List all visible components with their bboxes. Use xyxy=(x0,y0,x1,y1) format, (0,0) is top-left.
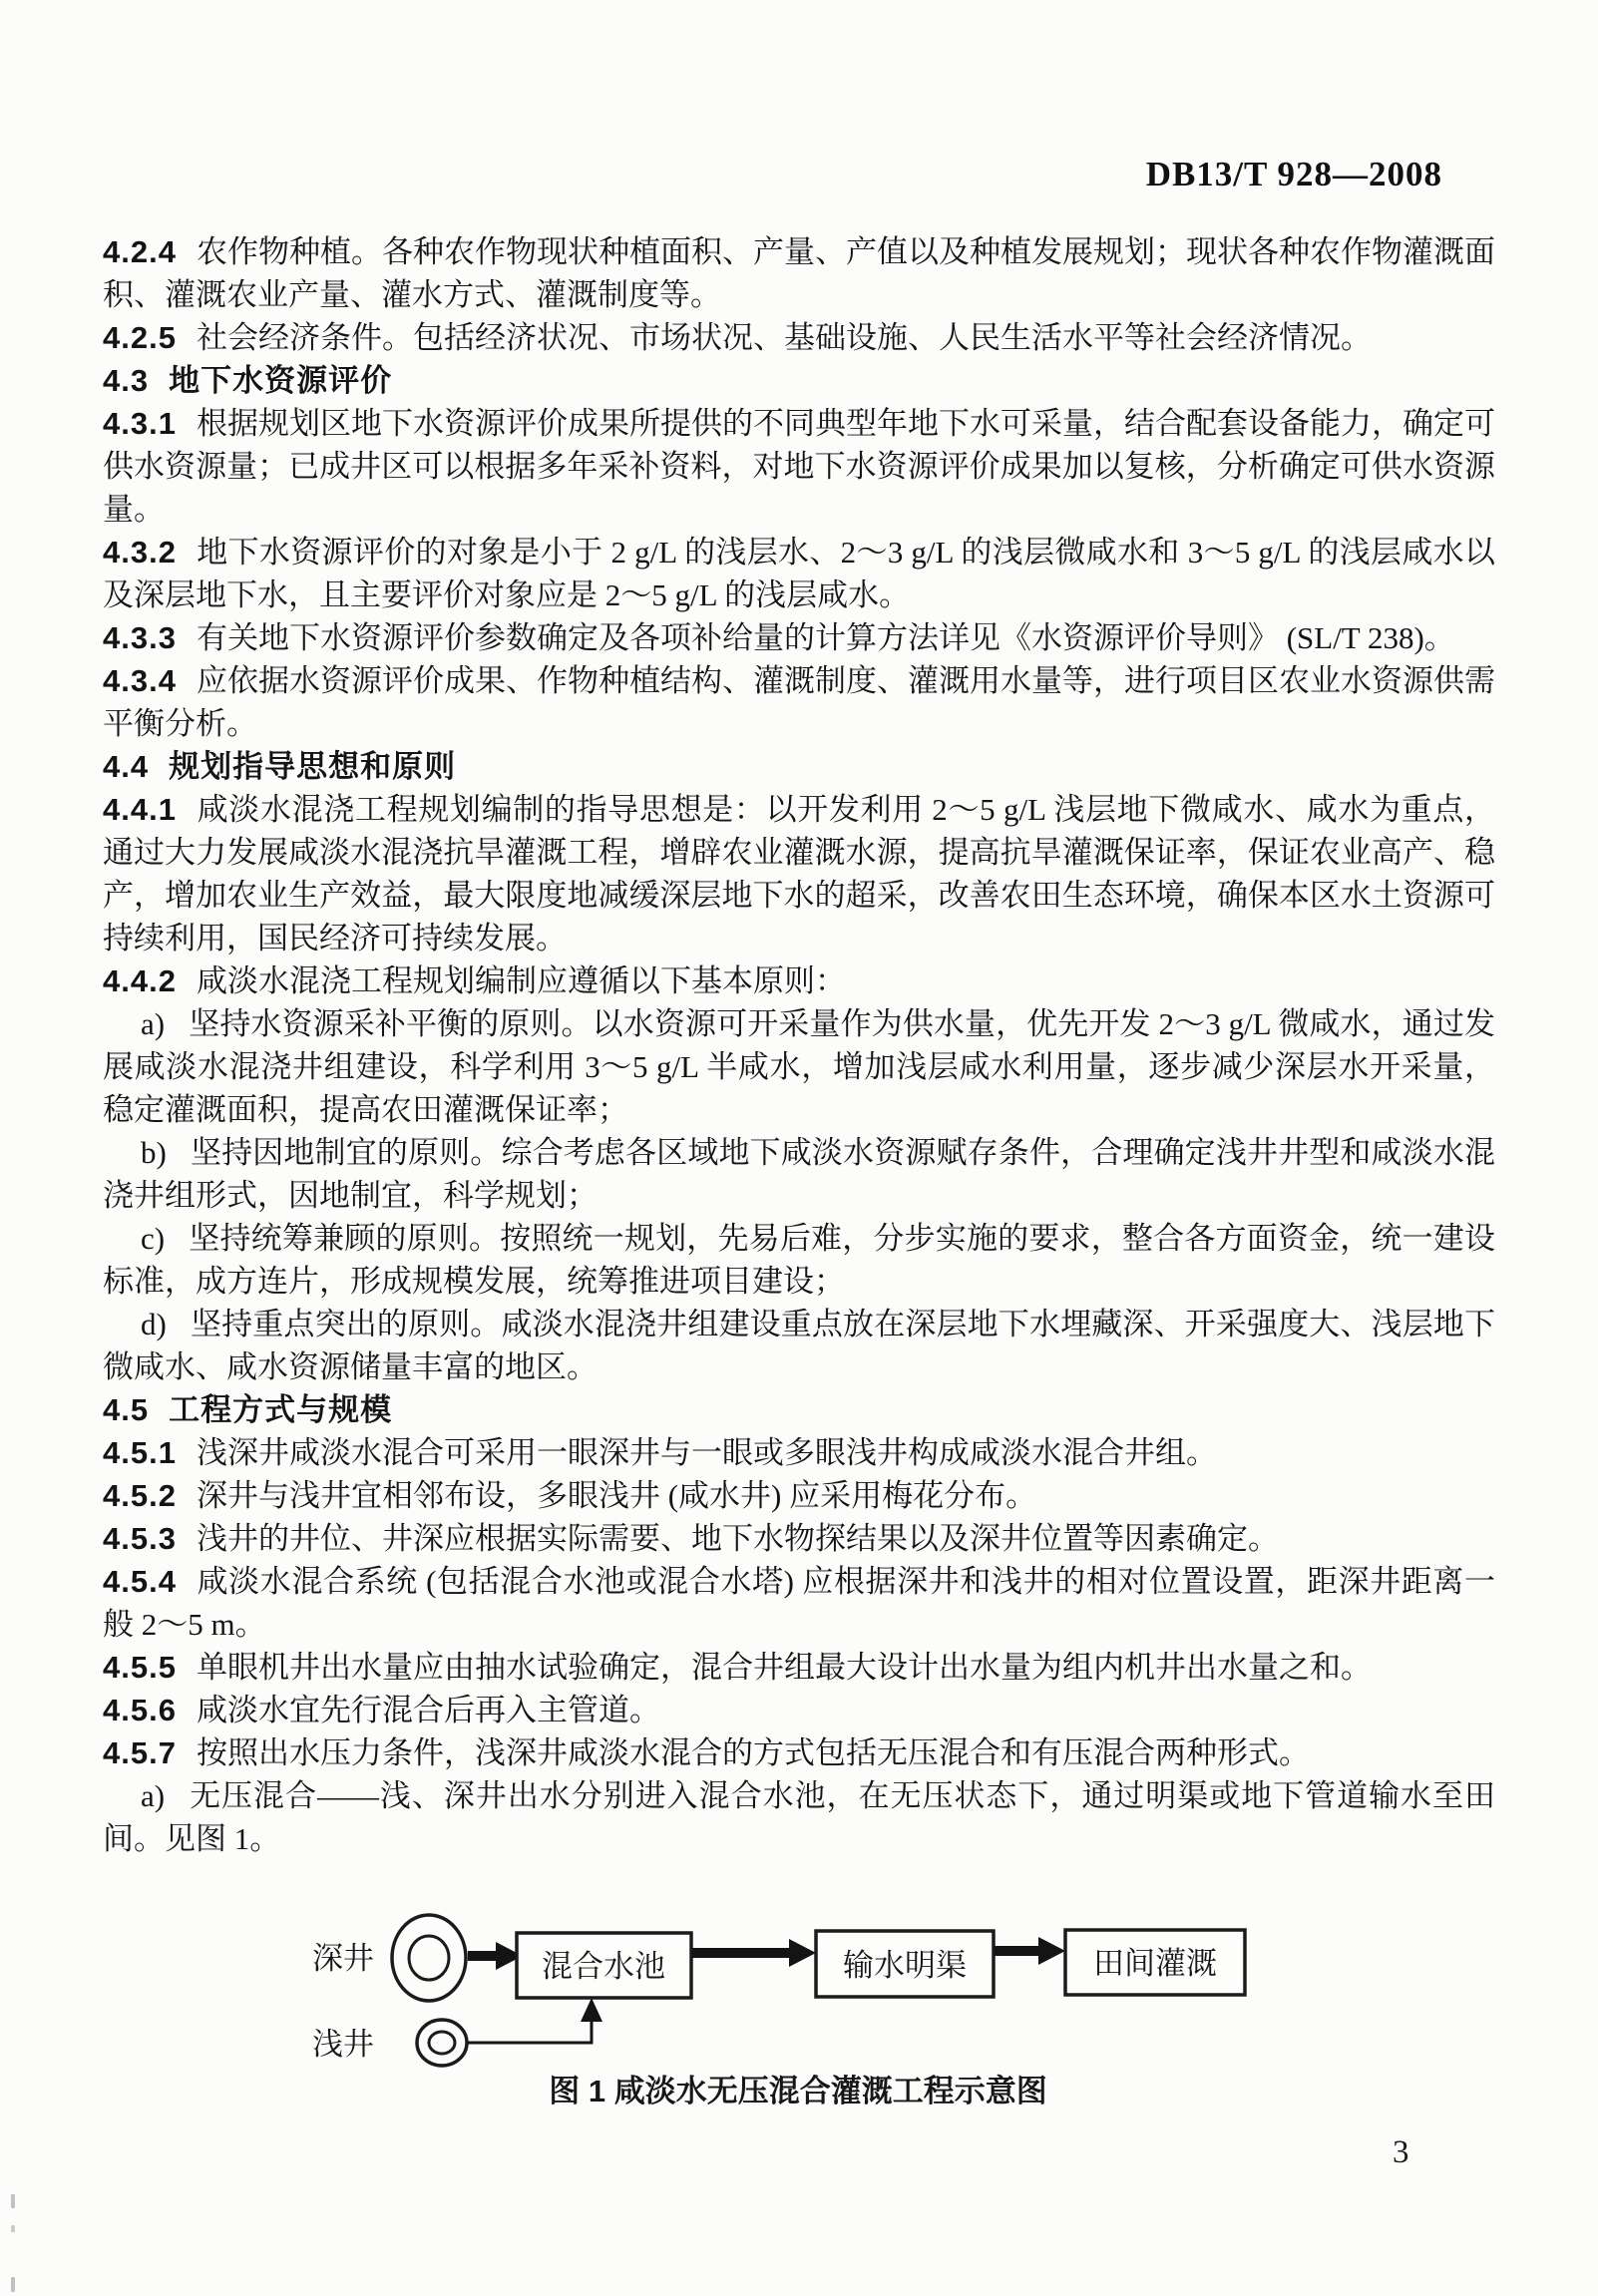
clause-number: 4.5.7 xyxy=(103,1735,177,1770)
clause-number: 4.4 xyxy=(103,749,149,784)
clause-number: 4.5.6 xyxy=(103,1693,177,1727)
figure-1-diagram: 深井 混合水池 输水明渠 田间灌溉 浅井 xyxy=(0,1895,1598,2154)
scan-artifact-mark xyxy=(11,2194,15,2208)
clause-paragraph: 4.2.5社会经济条件。包括经济状况、市场状况、基础设施、人民生活水平等社会经济… xyxy=(103,316,1495,359)
clause-number: 4.3.4 xyxy=(103,663,177,698)
list-item: a)坚持水资源采补平衡的原则。以水资源可开采量作为供水量，优先开发 2～3 g/… xyxy=(103,1002,1495,1131)
scanned-document-page: { "header": { "doc_code": "DB13/T 928—20… xyxy=(0,0,1598,2296)
clause-number: 4.2.4 xyxy=(103,234,177,269)
figure-caption: 图 1 咸淡水无压混合灌溉工程示意图 xyxy=(549,2074,1046,2108)
deep-well-label: 深井 xyxy=(312,1941,374,1976)
item-letter: a) xyxy=(141,1006,165,1041)
clause-number: 4.3 xyxy=(103,363,149,398)
clause-number: 4.5.1 xyxy=(103,1435,177,1470)
clause-paragraph: 4.5.3浅井的井位、井深应根据实际需要、地下水物探结果以及深井位置等因素确定。 xyxy=(103,1517,1495,1560)
document-body: 4.2.4农作物种植。各种农作物现状种植面积、产量、产值以及种植发展规划；现状各… xyxy=(103,230,1495,1860)
clause-paragraph: 4.5.6咸淡水宜先行混合后再入主管道。 xyxy=(103,1689,1495,1731)
list-item: b)坚持因地制宜的原则。综合考虑各区域地下咸淡水资源赋存条件，合理确定浅井井型和… xyxy=(103,1131,1495,1217)
shallow-well-connector xyxy=(468,1998,602,2043)
clause-number: 4.3.2 xyxy=(103,535,177,570)
channel-label: 输水明渠 xyxy=(843,1948,967,1983)
document-code-header: DB13/T 928—2008 xyxy=(1146,155,1442,194)
clause-number: 4.5.2 xyxy=(103,1478,177,1513)
section-heading: 4.4规划指导思想和原则 xyxy=(103,745,1495,788)
section-heading: 4.3地下水资源评价 xyxy=(103,359,1495,402)
scan-artifact-mark xyxy=(11,2277,15,2292)
section-heading: 4.5工程方式与规模 xyxy=(103,1388,1495,1431)
clause-number: 4.4.1 xyxy=(103,792,177,827)
mixing-pool-box: 混合水池 xyxy=(517,1933,691,1998)
field-irrigation-label: 田间灌溉 xyxy=(1093,1946,1217,1981)
shallow-well-label: 浅井 xyxy=(312,2027,374,2062)
clause-number: 4.5 xyxy=(103,1392,149,1427)
list-item: d)坚持重点突出的原则。咸淡水混浇井组建设重点放在深层地下水埋藏深、开采强度大、… xyxy=(103,1303,1495,1388)
page-number: 3 xyxy=(1393,2134,1409,2171)
clause-paragraph: 4.5.1浅深井咸淡水混合可采用一眼深井与一眼或多眼浅井构成咸淡水混合井组。 xyxy=(103,1431,1495,1474)
clause-number: 4.5.5 xyxy=(103,1650,177,1685)
item-letter: c) xyxy=(141,1221,165,1256)
scan-artifact-mark xyxy=(11,2225,15,2232)
flow-arrow-3 xyxy=(995,1937,1065,1965)
clause-number: 4.2.5 xyxy=(103,320,177,355)
flow-arrow-2 xyxy=(692,1939,816,1967)
flow-arrow-1 xyxy=(468,1942,523,1970)
clause-number: 4.5.3 xyxy=(103,1521,177,1556)
clause-number: 4.3.1 xyxy=(103,406,177,441)
clause-paragraph: 4.5.2深井与浅井宜相邻布设，多眼浅井 (咸水井) 应采用梅花分布。 xyxy=(103,1474,1495,1517)
channel-box: 输水明渠 xyxy=(816,1931,994,1997)
clause-paragraph: 4.3.1根据规划区地下水资源评价成果所提供的不同典型年地下水可采量，结合配套设… xyxy=(103,402,1495,531)
mixing-pool-label: 混合水池 xyxy=(542,1949,665,1984)
item-letter: d) xyxy=(141,1307,167,1341)
clause-paragraph: 4.2.4农作物种植。各种农作物现状种植面积、产量、产值以及种植发展规划；现状各… xyxy=(103,230,1495,316)
clause-paragraph: 4.5.5单眼机井出水量应由抽水试验确定，混合井组最大设计出水量为组内机井出水量… xyxy=(103,1646,1495,1689)
clause-paragraph: 4.5.4咸淡水混合系统 (包括混合水池或混合水塔) 应根据深井和浅井的相对位置… xyxy=(103,1560,1495,1646)
clause-paragraph: 4.3.3有关地下水资源评价参数确定及各项补给量的计算方法详见《水资源评价导则》… xyxy=(103,616,1495,659)
list-item: a)无压混合——浅、深井出水分别进入混合水池，在无压状态下，通过明渠或地下管道输… xyxy=(103,1774,1495,1860)
clause-number: 4.4.2 xyxy=(103,963,177,998)
shallow-well-icon xyxy=(417,2020,467,2066)
clause-number: 4.5.4 xyxy=(103,1564,177,1599)
clause-number: 4.3.3 xyxy=(103,620,177,655)
clause-paragraph: 4.3.4应依据水资源评价成果、作物种植结构、灌溉制度、灌溉用水量等，进行项目区… xyxy=(103,659,1495,745)
clause-paragraph: 4.5.7按照出水压力条件，浅深井咸淡水混合的方式包括无压混合和有压混合两种形式… xyxy=(103,1731,1495,1774)
clause-paragraph: 4.4.2咸淡水混浇工程规划编制应遵循以下基本原则： xyxy=(103,959,1495,1002)
deep-well-icon xyxy=(392,1915,466,2001)
field-irrigation-box: 田间灌溉 xyxy=(1065,1930,1245,1995)
clause-paragraph: 4.4.1咸淡水混浇工程规划编制的指导思想是：以开发利用 2～5 g/L 浅层地… xyxy=(103,788,1495,959)
list-item: c)坚持统筹兼顾的原则。按照统一规划，先易后难，分步实施的要求，整合各方面资金，… xyxy=(103,1217,1495,1303)
item-letter: a) xyxy=(141,1778,165,1813)
clause-paragraph: 4.3.2地下水资源评价的对象是小于 2 g/L 的浅层水、2～3 g/L 的浅… xyxy=(103,531,1495,616)
item-letter: b) xyxy=(141,1135,167,1170)
